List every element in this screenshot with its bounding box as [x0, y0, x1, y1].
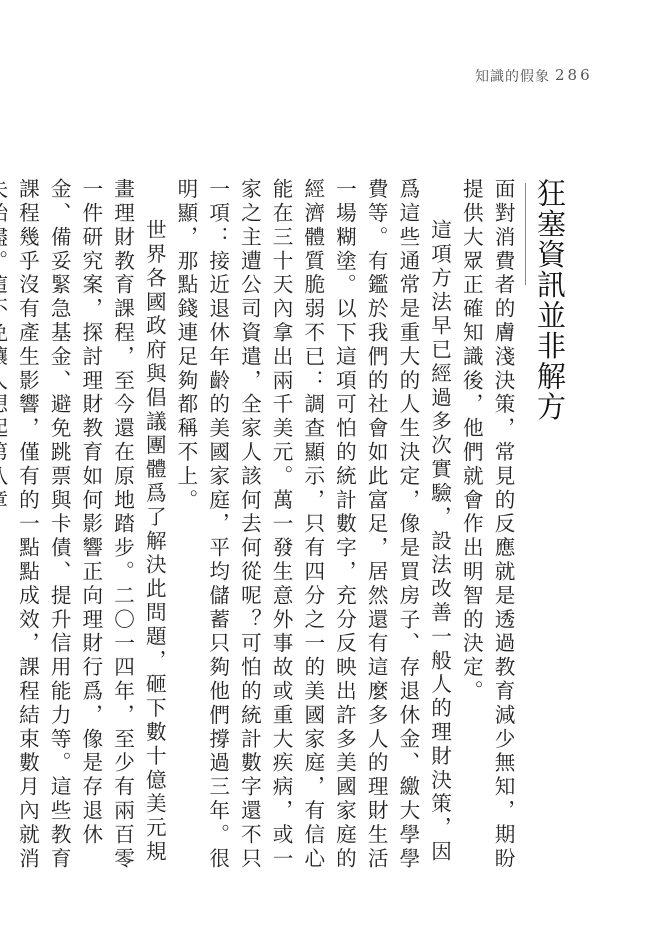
- title-divider: [525, 183, 526, 285]
- paragraph-2: 這項方法早已經過多次實驗，設法改善一般人的理財決策，因爲這些通常是重大的人生決定…: [169, 178, 454, 878]
- page-number: 286: [555, 66, 593, 84]
- paragraph-3: 世界各國政府與倡議團體爲了解決此問題，砸下數十億美元規畫理財教育課程，至今還在原…: [0, 178, 169, 878]
- section-title: 狂塞資訊並非解方: [533, 178, 567, 422]
- paragraph-1: 面對消費者的膚淺決策，常見的反應就是透過教育減少無知，期盼提供大眾正確知識後，他…: [455, 178, 518, 878]
- running-title: 知識的假象: [475, 66, 550, 86]
- page-header: 知識的假象 286: [0, 66, 663, 86]
- body-text: 面對消費者的膚淺決策，常見的反應就是透過教育減少無知，期盼提供大眾正確知識後，他…: [0, 178, 518, 878]
